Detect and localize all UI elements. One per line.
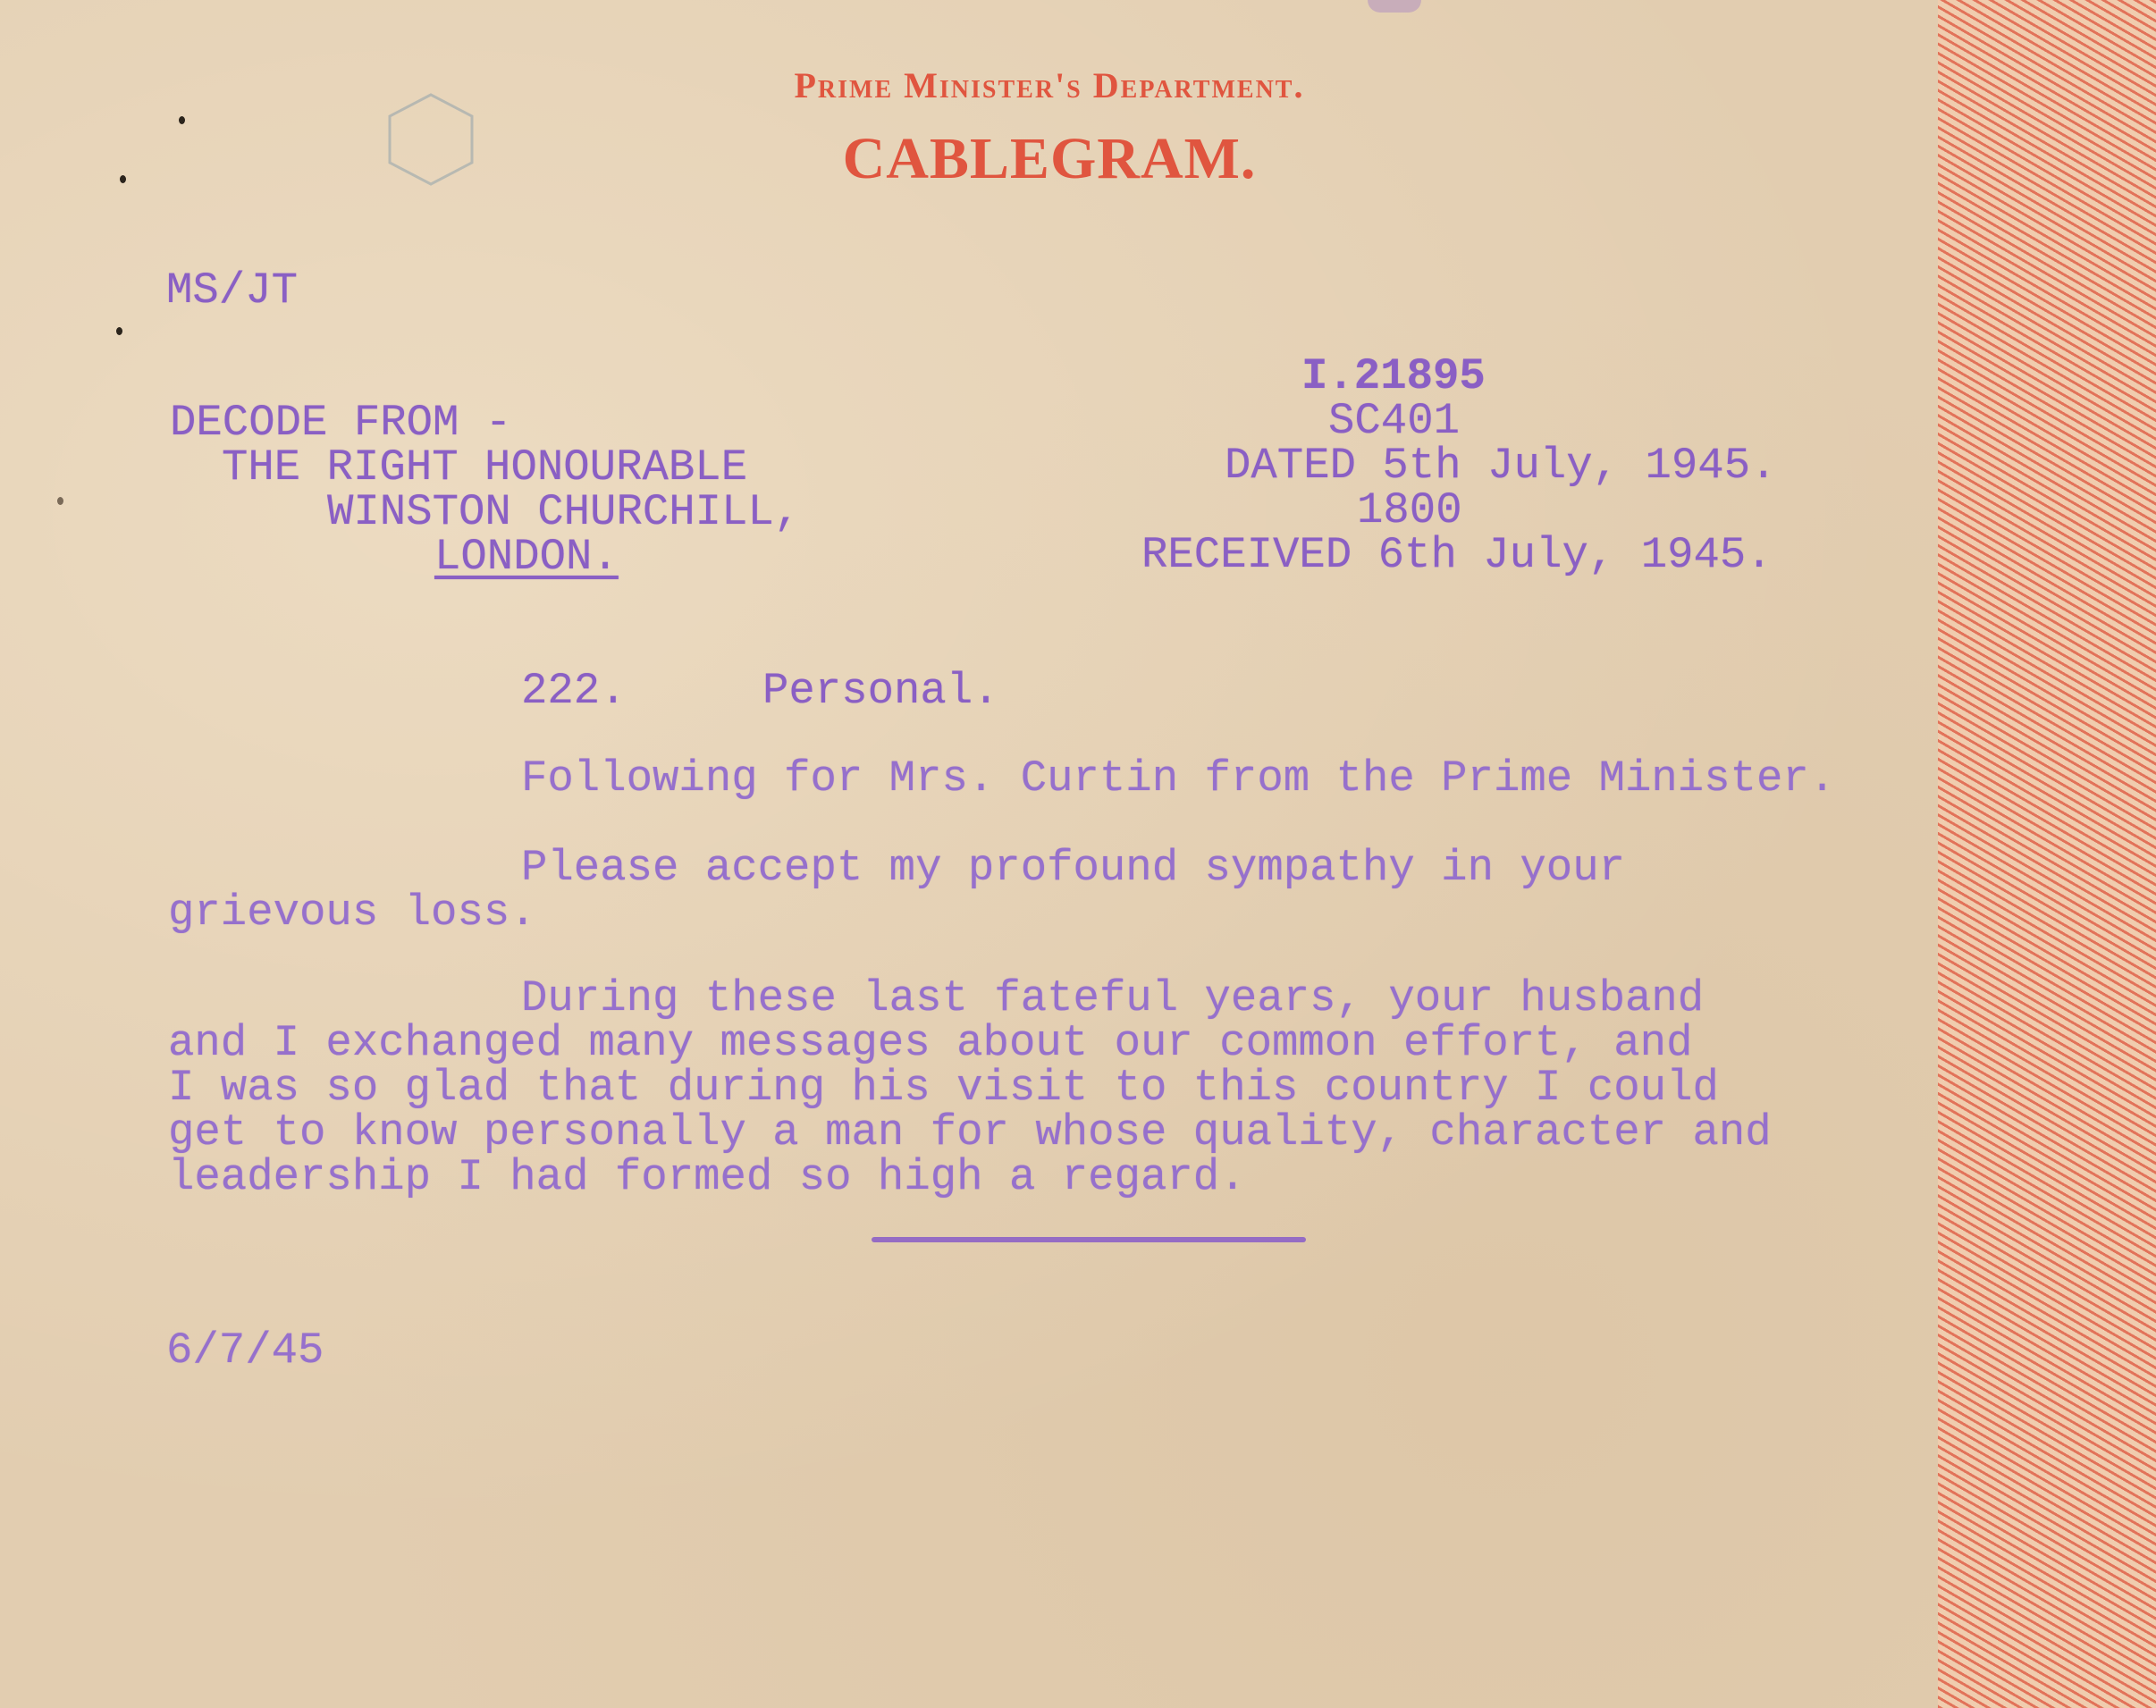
ink-stamp-fragment — [1368, 0, 1421, 13]
para2-line1: During these last fateful years, your hu… — [521, 976, 1704, 1021]
from-line-1: DECODE FROM - — [170, 400, 511, 445]
letterhead-department: Prime Minister's Department. — [0, 64, 2099, 106]
punch-hole — [116, 327, 122, 335]
para2-line2: and I exchanged many messages about our … — [168, 1021, 1692, 1065]
message-code: SC401 — [1328, 399, 1460, 443]
message-heading-number: 222. — [521, 669, 627, 713]
para1-line2: grievous loss. — [168, 890, 536, 935]
from-line-3: WINSTON CHURCHILL, — [327, 490, 800, 534]
message-intro: Following for Mrs. Curtin from the Prime… — [521, 756, 1835, 801]
reference-code: MS/JT — [166, 268, 298, 313]
red-striped-margin — [1938, 0, 2156, 1708]
para2-line4: get to know personally a man for whose q… — [168, 1110, 1772, 1155]
from-line-4: LONDON. — [434, 534, 619, 579]
para2-line5: leadership I had formed so high a regard… — [168, 1155, 1246, 1199]
time-line: 1800 — [1357, 488, 1462, 533]
dated-line: DATED 5th July, 1945. — [1225, 443, 1777, 488]
para2-line3: I was so glad that during his visit to t… — [168, 1065, 1719, 1110]
punch-hole — [57, 497, 63, 505]
para1-line1: Please accept my profound sympathy in yo… — [521, 846, 1625, 890]
message-number: I.21895 — [1301, 354, 1486, 399]
end-rule — [872, 1237, 1306, 1242]
from-line-2: THE RIGHT HONOURABLE — [222, 445, 747, 490]
hexagon-stamp-icon — [383, 91, 479, 188]
received-line: RECEIVED 6th July, 1945. — [1141, 533, 1773, 577]
footer-date: 6/7/45 — [166, 1328, 324, 1373]
letterhead-title: CABLEGRAM. — [0, 125, 2099, 193]
message-heading-label: Personal. — [762, 669, 999, 713]
punch-hole — [179, 116, 185, 124]
